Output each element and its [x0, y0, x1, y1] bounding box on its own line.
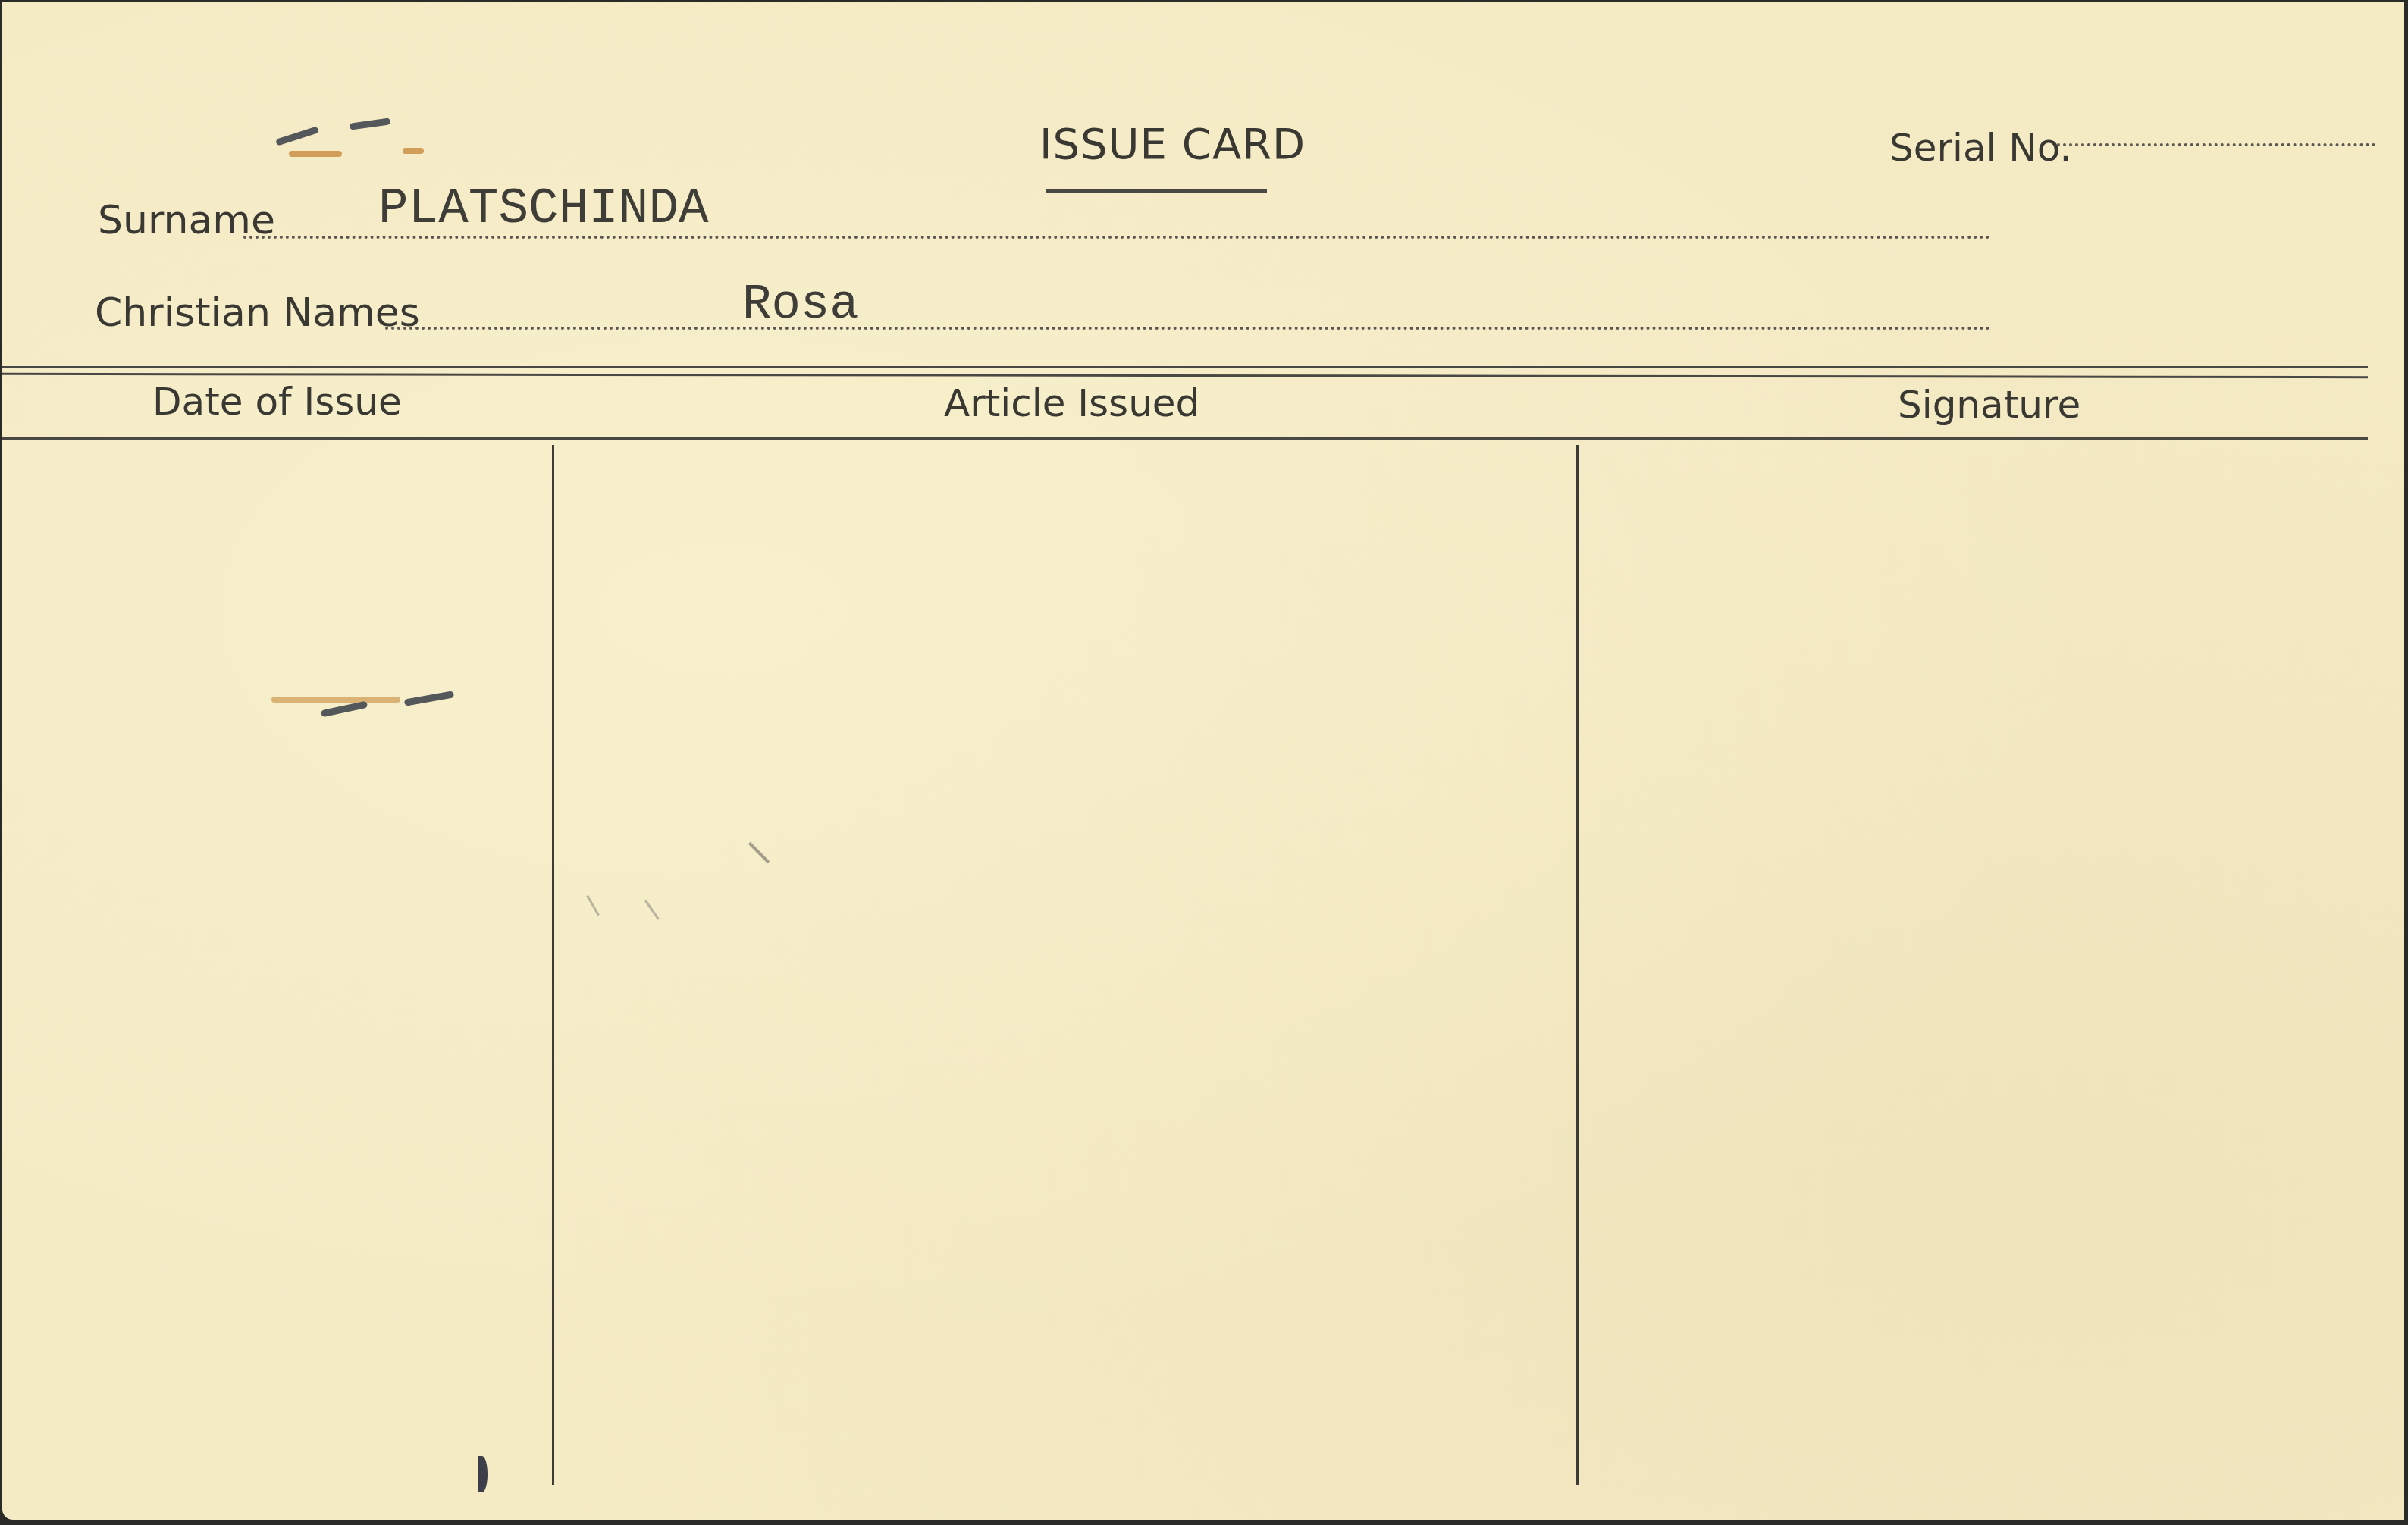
header-rule-top: [2, 366, 2368, 368]
column-header-article-issued: Article Issued: [944, 384, 1199, 422]
surname-value: PLATSCHINDA: [378, 184, 709, 234]
christian-names-field[interactable]: [385, 327, 1991, 330]
surname-label: Surname: [98, 201, 275, 240]
date-of-issue-cell[interactable]: [2, 445, 550, 1485]
signature-cell[interactable]: [1581, 445, 2400, 1485]
header-rule-bottom: [2, 373, 2368, 378]
column-header-signature: Signature: [1898, 386, 2080, 424]
title-underline: [1046, 189, 1267, 193]
issue-card: ISSUE CARD Serial No. Surname PLATSCHIND…: [2, 2, 2404, 1520]
column-divider-1: [552, 445, 554, 1485]
column-header-rule: [2, 437, 2368, 440]
christian-names-value: Rosa: [742, 281, 859, 330]
column-divider-2: [1576, 445, 1579, 1485]
serial-field[interactable]: [2057, 143, 2375, 146]
card-title: ISSUE CARD: [1039, 124, 1306, 166]
column-header-date-of-issue: Date of Issue: [152, 383, 402, 421]
article-issued-cell[interactable]: [557, 445, 1574, 1485]
ink-mark: [478, 1456, 488, 1492]
christian-names-label: Christian Names: [95, 293, 420, 333]
serial-label: Serial No.: [1889, 129, 2071, 167]
